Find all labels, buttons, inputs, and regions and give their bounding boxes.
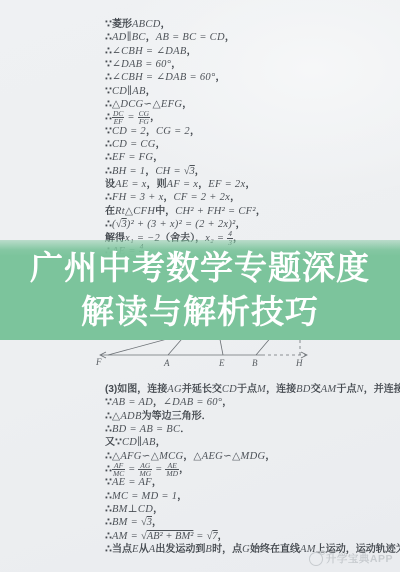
banner-title-line1: 广州中考数学专题深度: [30, 246, 370, 290]
math-line: ∴AM = √AB² + BM² = √7，: [105, 528, 400, 541]
math-line: ∵CD∥AB，: [105, 83, 266, 96]
math-line: ∴AFMC = AGMG = AEMD，: [105, 461, 400, 474]
math-line: 设AE = x，则AF = x，EF = 2x，: [105, 176, 266, 189]
math-line: ∴BH = 1，CH = √3，: [105, 163, 266, 176]
math-line: ∴CD = CG，: [105, 136, 266, 149]
watermark-text: 升学宝典APP: [326, 551, 393, 566]
math-line: ∵CD = 2，CG = 2，: [105, 123, 266, 136]
point-label-F: F: [95, 357, 102, 367]
banner-title-line2: 解读与解析技巧: [81, 290, 319, 334]
math-line: 在Rt△CFH中，CH² + FH² = CF²，: [105, 203, 266, 216]
app-logo-icon: [309, 552, 323, 566]
math-line: ∴BD = AB = BC．: [105, 421, 400, 434]
proof-block-top: ∵菱形ABCD，∴AD∥BC，AB = BC = CD，∴∠CBH = ∠DAB…: [105, 16, 266, 256]
math-line: ∴△AFG∽△MCG，△AEG∽△MDG，: [105, 448, 400, 461]
point-label-H: H: [295, 358, 303, 368]
math-line: ∴(√3)² + (3 + x)² = (2 + 2x)²，: [105, 216, 266, 229]
math-line: ∵∠DAB = 60°，: [105, 56, 266, 69]
math-line: ∵菱形ABCD，: [105, 16, 266, 29]
math-line: ∴BM = √3，: [105, 514, 400, 527]
watermark: 升学宝典APP: [309, 551, 393, 566]
math-line: ∴∠CBH = ∠DAB = 60°，: [105, 69, 266, 82]
document-page: ∵菱形ABCD，∴AD∥BC，AB = BC = CD，∴∠CBH = ∠DAB…: [0, 0, 400, 572]
math-line: ∴MC = MD = 1，: [105, 488, 400, 501]
title-banner: 广州中考数学专题深度 解读与解析技巧: [0, 240, 400, 340]
math-line: ∴∠CBH = ∠DAB，: [105, 43, 266, 56]
math-line: ∴EF = FG，: [105, 149, 266, 162]
math-line: ∴DCEF = CGFG，: [105, 109, 266, 122]
math-line: ∵AE = AF，: [105, 474, 400, 487]
math-line: ∴△ADB为等边三角形．: [105, 408, 400, 421]
math-line: ∴AD∥BC，AB = BC = CD，: [105, 29, 266, 42]
math-line: (3)如图，连接AG并延长交CD于点M，连接BD交AM于点N，并连接BM，: [105, 381, 400, 394]
point-label-E: E: [218, 358, 225, 368]
math-line: 又∵CD∥AB，: [105, 434, 400, 447]
math-line: ∴BM⊥CD，: [105, 501, 400, 514]
point-label-B: B: [252, 358, 258, 368]
math-line: ∴FH = 3 + x，CF = 2 + 2x，: [105, 189, 266, 202]
proof-block-bottom: (3)如图，连接AG并延长交CD于点M，连接BD交AM于点N，并连接BM，∵AB…: [105, 381, 400, 554]
math-line: ∴△DCG∽△EFG，: [105, 96, 266, 109]
math-line: ∵AB = AD，∠DAB = 60°，: [105, 394, 400, 407]
point-label-A: A: [163, 358, 170, 368]
